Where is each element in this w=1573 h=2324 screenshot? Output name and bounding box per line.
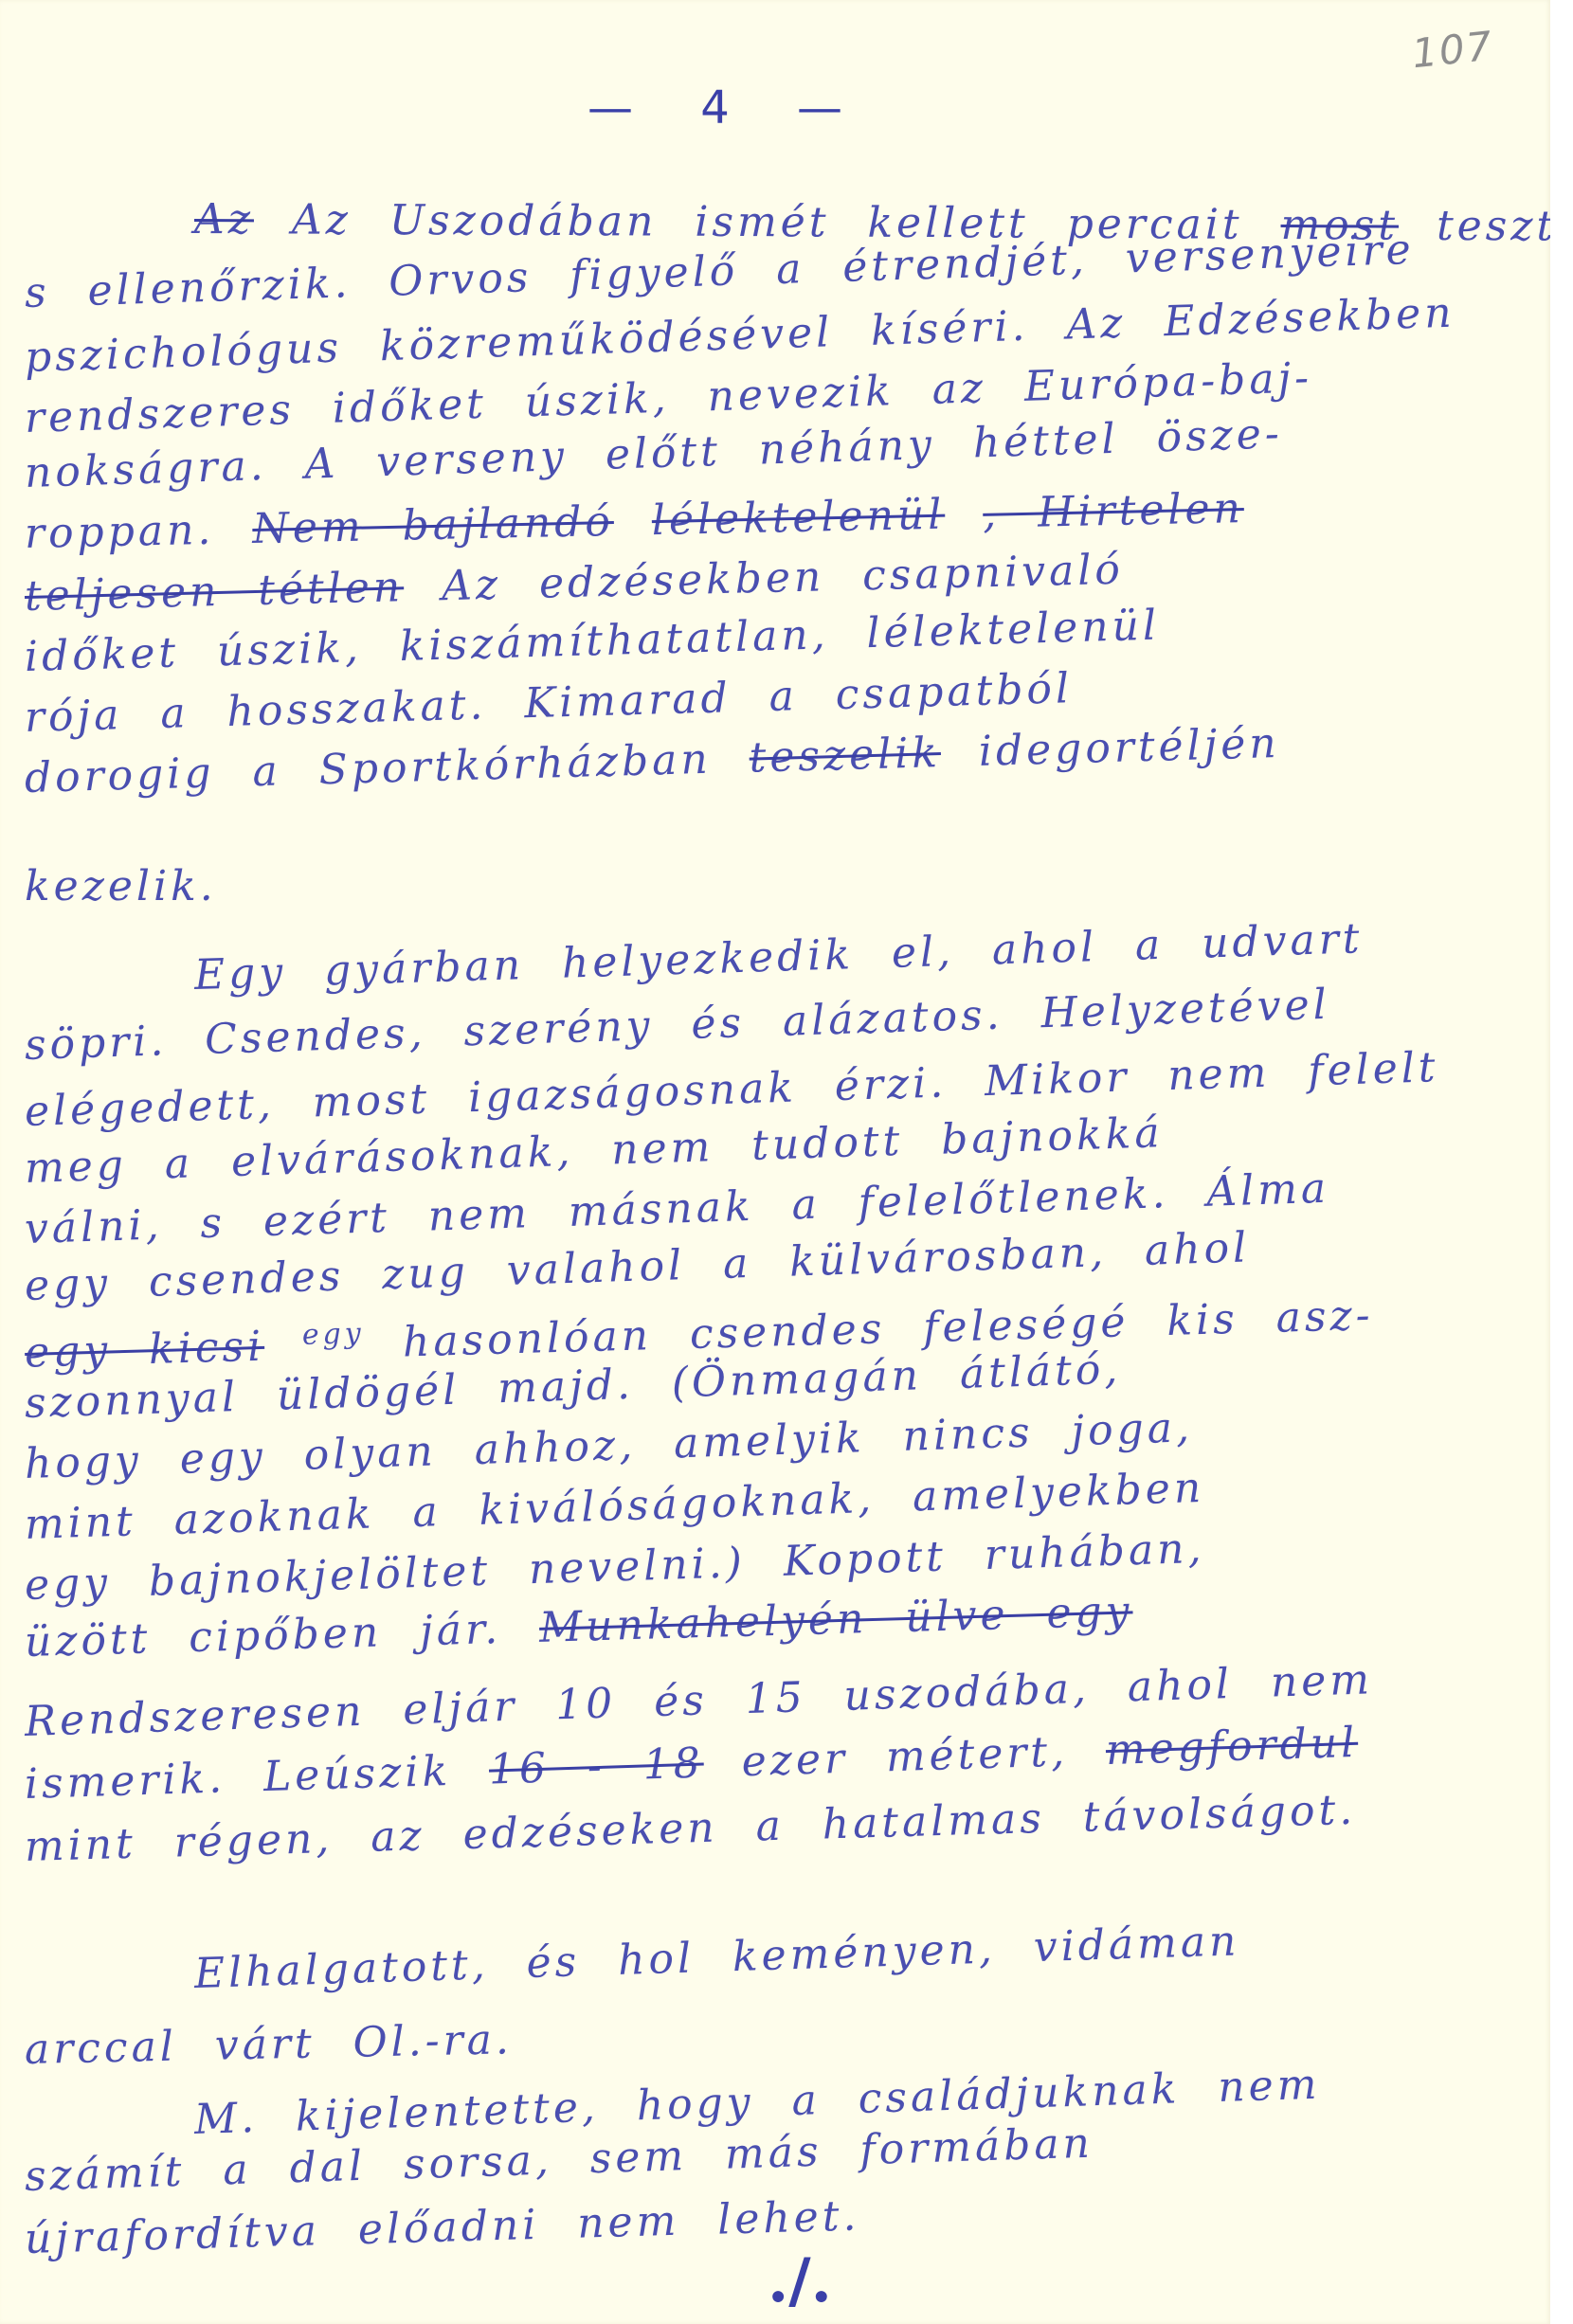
struck-text: lélektelenül — [651, 491, 945, 545]
manuscript-page: 107 — 4 — Az Az Uszodában ismét kellett … — [0, 0, 1550, 2324]
line-text: roppan. — [24, 505, 252, 558]
struck-text: Nem bajlandó — [252, 497, 615, 553]
struck-text: megfordul — [1105, 1719, 1359, 1775]
line-text: kezelik. — [25, 862, 217, 910]
inserted-text: egy — [301, 1317, 365, 1352]
line-text: üzött cipőben jár. — [24, 1604, 540, 1666]
page-number: — 4 — — [588, 81, 869, 135]
line-text: arccal várt Ol.-ra. — [24, 2015, 513, 2074]
line-text: dorogig a Sportkórházban — [24, 734, 750, 802]
scan-edge — [1550, 0, 1573, 2324]
struck-text: teljesen tétlen — [24, 563, 404, 621]
continuation-mark: ./. — [768, 2245, 832, 2316]
line-text: ismerik. Leúszik — [24, 1746, 490, 1809]
struck-text: Az — [194, 195, 254, 243]
struck-text: teszelik — [749, 729, 942, 783]
struck-text: , Hirtelen — [983, 484, 1245, 538]
line-text: ezer métert, — [741, 1726, 1107, 1786]
manuscript-line: Elhalgatott, és hol keményen, vidáman — [193, 1913, 1240, 2003]
manuscript-line: kezelik. — [25, 858, 217, 915]
struck-text: Munkahelyén ülve egy — [538, 1587, 1133, 1651]
line-text: idegortéljén — [978, 719, 1280, 776]
struck-text: 16 - 18 — [488, 1738, 704, 1793]
line-text: Elhalgatott, és hol keményen, vidáman — [193, 1917, 1240, 1998]
archive-number: 107 — [1410, 23, 1496, 78]
line-text: számít a dal sorsa, sem más formában — [24, 2119, 1094, 2201]
manuscript-line: arccal várt Ol.-ra. — [24, 2011, 513, 2079]
line-text: újrafordítva előadni nem lehet. — [24, 2191, 860, 2263]
